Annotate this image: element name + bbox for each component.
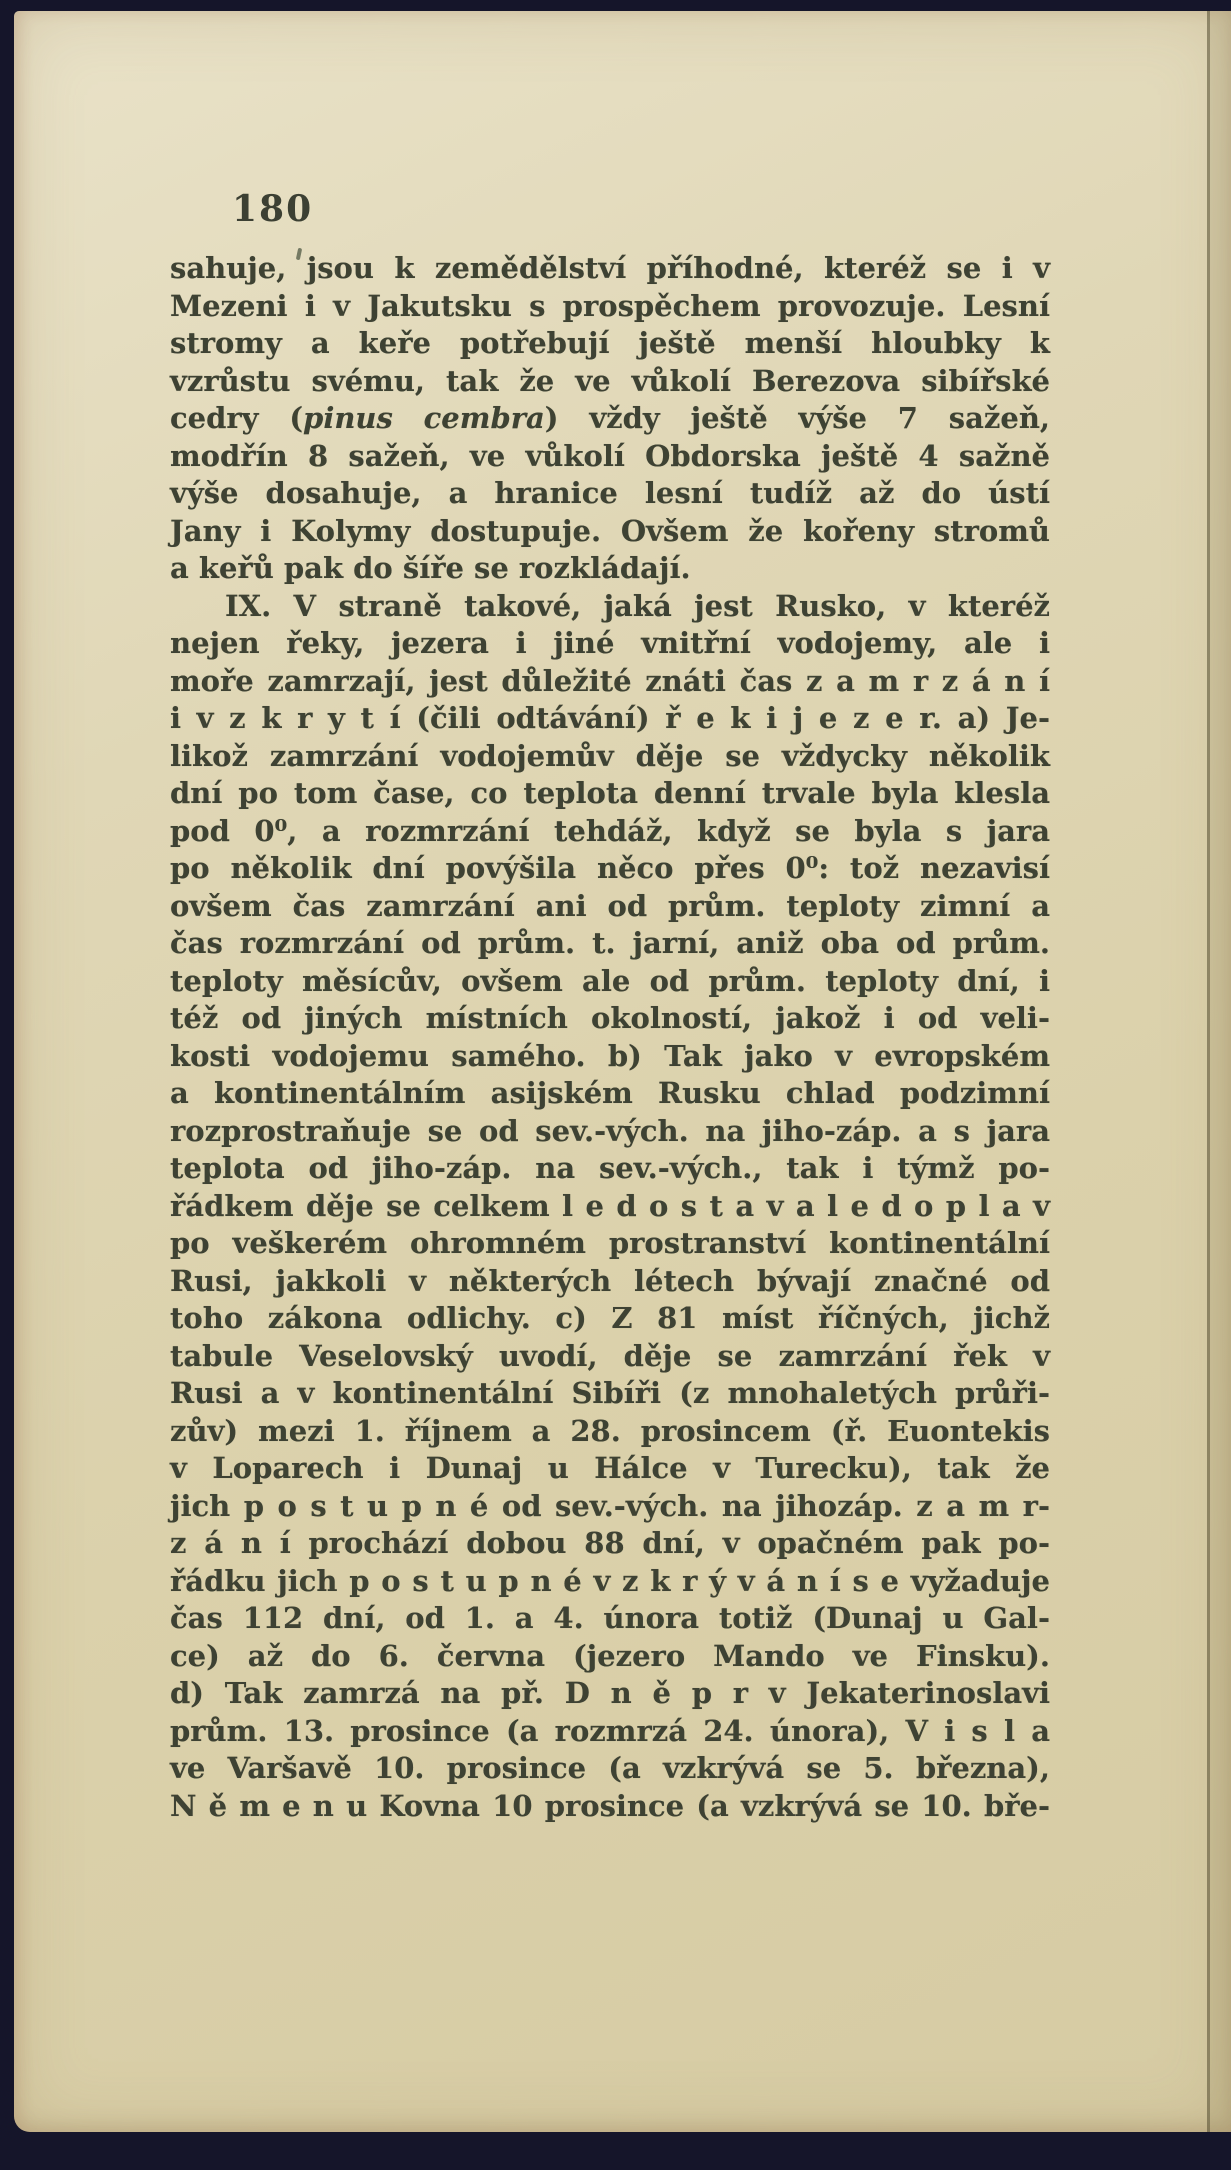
text-line: zův) mezi 1. říjnem a 28. prosincem (ř. …: [170, 1413, 1050, 1451]
text-line: a kontinentálním asijském Rusku chlad po…: [170, 1075, 1050, 1113]
text-line: teploty měsícův, ovšem ale od prům. tepl…: [170, 963, 1050, 1001]
text-line: prům. 13. prosince (a rozmrzá 24. února)…: [170, 1713, 1050, 1751]
page-edge-line: [1207, 11, 1210, 2132]
text-line: ve Varšavě 10. prosince (a vzkrývá se 5.…: [170, 1750, 1050, 1788]
text-line: modřín 8 sažeň, ve vůkolí Obdorska ještě…: [170, 438, 1050, 476]
text-line: nejen řeky, jezera i jiné vnitřní vodoje…: [170, 625, 1050, 663]
text-line: ovšem čas zamrzání ani od prům. teploty …: [170, 888, 1050, 926]
text-line: čas rozmrzání od prům. t. jarní, aniž ob…: [170, 925, 1050, 963]
text-line: po několik dní povýšila něco přes 0⁰: to…: [170, 850, 1050, 888]
text-line: vzrůstu svému, tak že ve vůkolí Berezova…: [170, 363, 1050, 401]
page-number: 180: [232, 188, 313, 230]
text-line: z á n í prochází dobou 88 dní, v opačném…: [170, 1525, 1050, 1563]
text-line: řádkem děje se celkem l e d o s t a v a …: [170, 1188, 1050, 1226]
text-line: a keřů pak do šíře se rozkládají.: [170, 550, 1050, 588]
text-line: dní po tom čase, co teplota denní trvale…: [170, 775, 1050, 813]
text-line: teplota od jiho-záp. na sev.-vých., tak …: [170, 1150, 1050, 1188]
page-fore-edge: [1210, 11, 1231, 2132]
text-line: po veškerém ohromném prostranství kontin…: [170, 1225, 1050, 1263]
text-line: cedry (pinus cembra) vždy ještě výše 7 s…: [170, 400, 1050, 438]
text-line: stromy a keře potřebují ještě menší hlou…: [170, 325, 1050, 363]
text-line: Mezeni i v Jakutsku s prospěchem provozu…: [170, 288, 1050, 326]
text-line: kosti vodojemu samého. b) Tak jako v evr…: [170, 1038, 1050, 1076]
text-line: pod 0⁰, a rozmrzání tehdáž, když se byla…: [170, 813, 1050, 851]
text-line: IX. V straně takové, jaká jest Rusko, v …: [170, 588, 1050, 626]
text-line: ce) až do 6. června (jezero Mando ve Fin…: [170, 1638, 1050, 1676]
text-block: sahuje, jsou k zemědělství příhodné, kte…: [170, 250, 1050, 1825]
text-line: rozprostraňuje se od sev.-vých. na jiho-…: [170, 1113, 1050, 1151]
text-line: Rusi, jakkoli v některých létech bývají …: [170, 1263, 1050, 1301]
text-line: sahuje, jsou k zemědělství příhodné, kte…: [170, 250, 1050, 288]
text-line: toho zákona odlichy. c) Z 81 míst říčnýc…: [170, 1300, 1050, 1338]
text-line: řádku jich p o s t u p n é v z k r ý v á…: [170, 1563, 1050, 1601]
text-line: likož zamrzání vodojemův děje se vždycky…: [170, 738, 1050, 776]
text-line: i v z k r y t í (čili odtávání) ř e k i …: [170, 700, 1050, 738]
text-line: Rusi a v kontinentální Sibíři (z mnohale…: [170, 1375, 1050, 1413]
text-line: v Loparech i Dunaj u Hálce v Turecku), t…: [170, 1450, 1050, 1488]
text-line: čas 112 dní, od 1. a 4. února totiž (Dun…: [170, 1600, 1050, 1638]
latin-species-name: pinus cembra: [303, 401, 545, 435]
text-line: Jany i Kolymy dostupuje. Ovšem že kořeny…: [170, 513, 1050, 551]
text-line: N ě m e n u Kovna 10 prosince (a vzkrývá…: [170, 1788, 1050, 1826]
text-line: tabule Veselovský uvodí, děje se zamrzán…: [170, 1338, 1050, 1376]
text-line: d) Tak zamrzá na př. D n ě p r v Jekater…: [170, 1675, 1050, 1713]
text-line: též od jiných místních okolností, jakož …: [170, 1000, 1050, 1038]
text-line: výše dosahuje, a hranice lesní tudíž až …: [170, 475, 1050, 513]
text-line: jich p o s t u p n é od sev.-vých. na ji…: [170, 1488, 1050, 1526]
text-line: moře zamrzají, jest důležité znáti čas z…: [170, 663, 1050, 701]
